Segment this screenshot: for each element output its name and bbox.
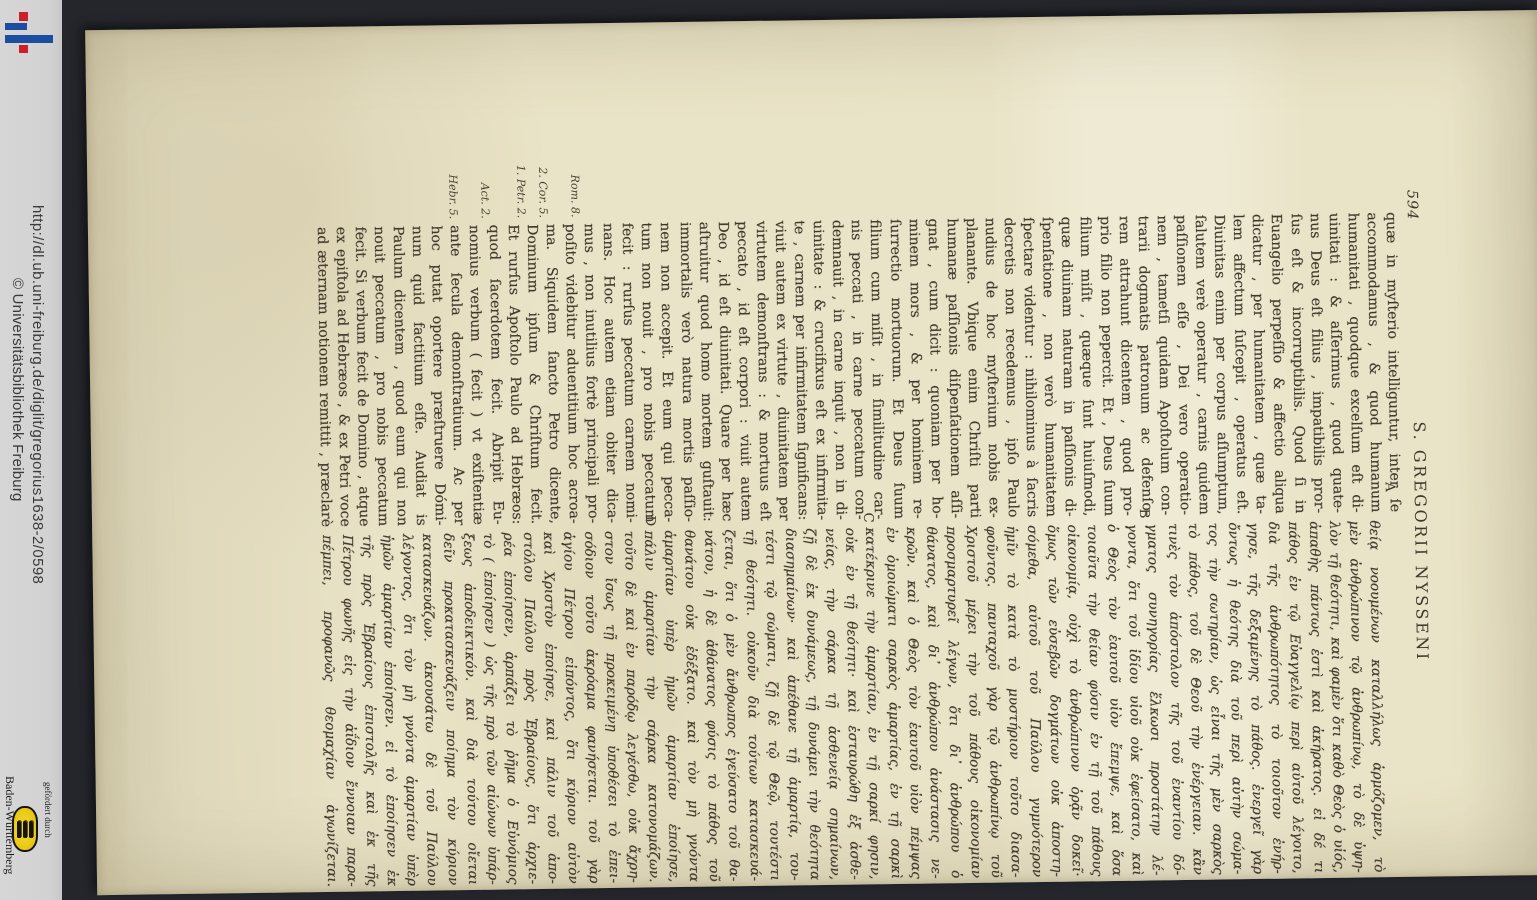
margin-note: Act. 2. [478,133,492,219]
section-marker: A [1382,482,1398,492]
margin-note: Hebr. 5. [446,133,460,219]
viewer-canvas: http://dl.ub.uni-freiburg.de/diglit/greg… [0,0,1537,900]
funding-label: gefördert durch [43,782,53,838]
lion-figure [23,821,27,838]
scanned-page: 594 S. GREGORII NYSSENI quæ in myſterio … [85,10,1537,895]
greek-column: θείᾳ νοουμένων καταλλήλως ἁρμόζομεν, τὸμ… [317,520,1389,887]
running-header: S. GREGORII NYSSENI [1407,212,1435,872]
section-marker: B [1136,508,1152,518]
sidebar-strip: http://dl.ub.uni-freiburg.de/diglit/greg… [0,0,62,900]
lion-figure [17,821,21,838]
margin-note: Rom. 8. [568,131,582,217]
logo-blue-bar-short [5,23,27,30]
latin-column: quæ in myſterio intelliguntur, inter ſea… [312,212,1404,527]
logo-blue-bar-long [5,35,53,43]
copyright-text: © Universitätsbibliothek Freiburg [9,278,26,502]
section-marker: D [642,515,658,526]
document-url: http://dl.ub.uni-freiburg.de/diglit/greg… [29,205,46,584]
section-marker: C [860,512,876,523]
margin-note: 1. Petr. 2. [514,132,528,218]
funding-region-label: Baden-Württemberg [2,776,17,874]
margin-note: 2. Cor. 5. [536,132,550,218]
logo-red-square-bottom [19,45,28,53]
logo-red-square-top [19,12,28,21]
lion-figure [29,821,33,838]
